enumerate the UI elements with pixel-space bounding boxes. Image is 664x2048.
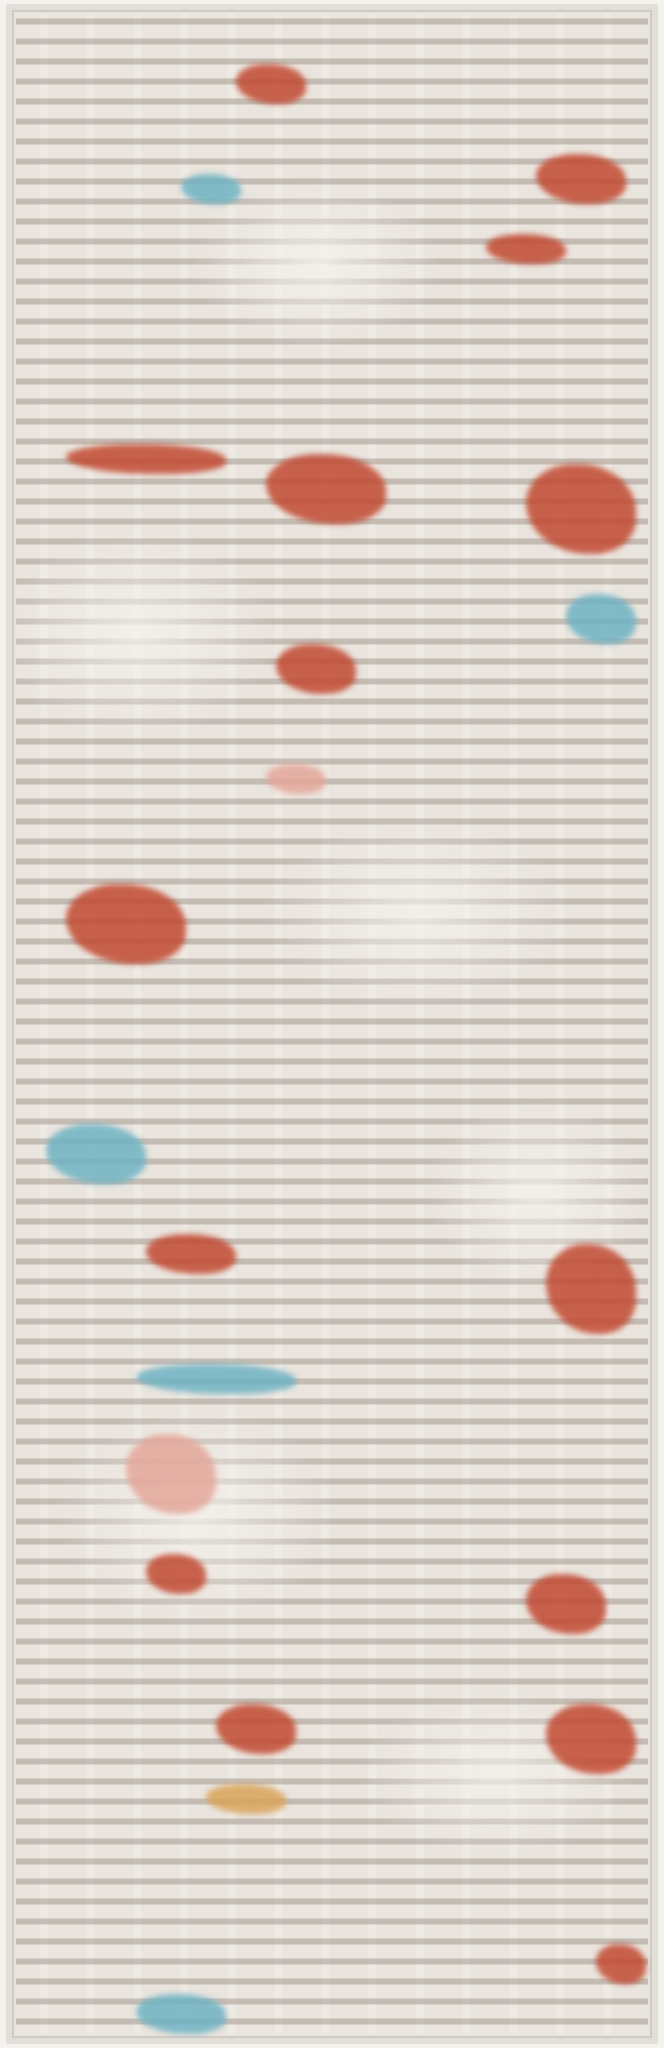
rug-runner-photo [6,4,658,2044]
